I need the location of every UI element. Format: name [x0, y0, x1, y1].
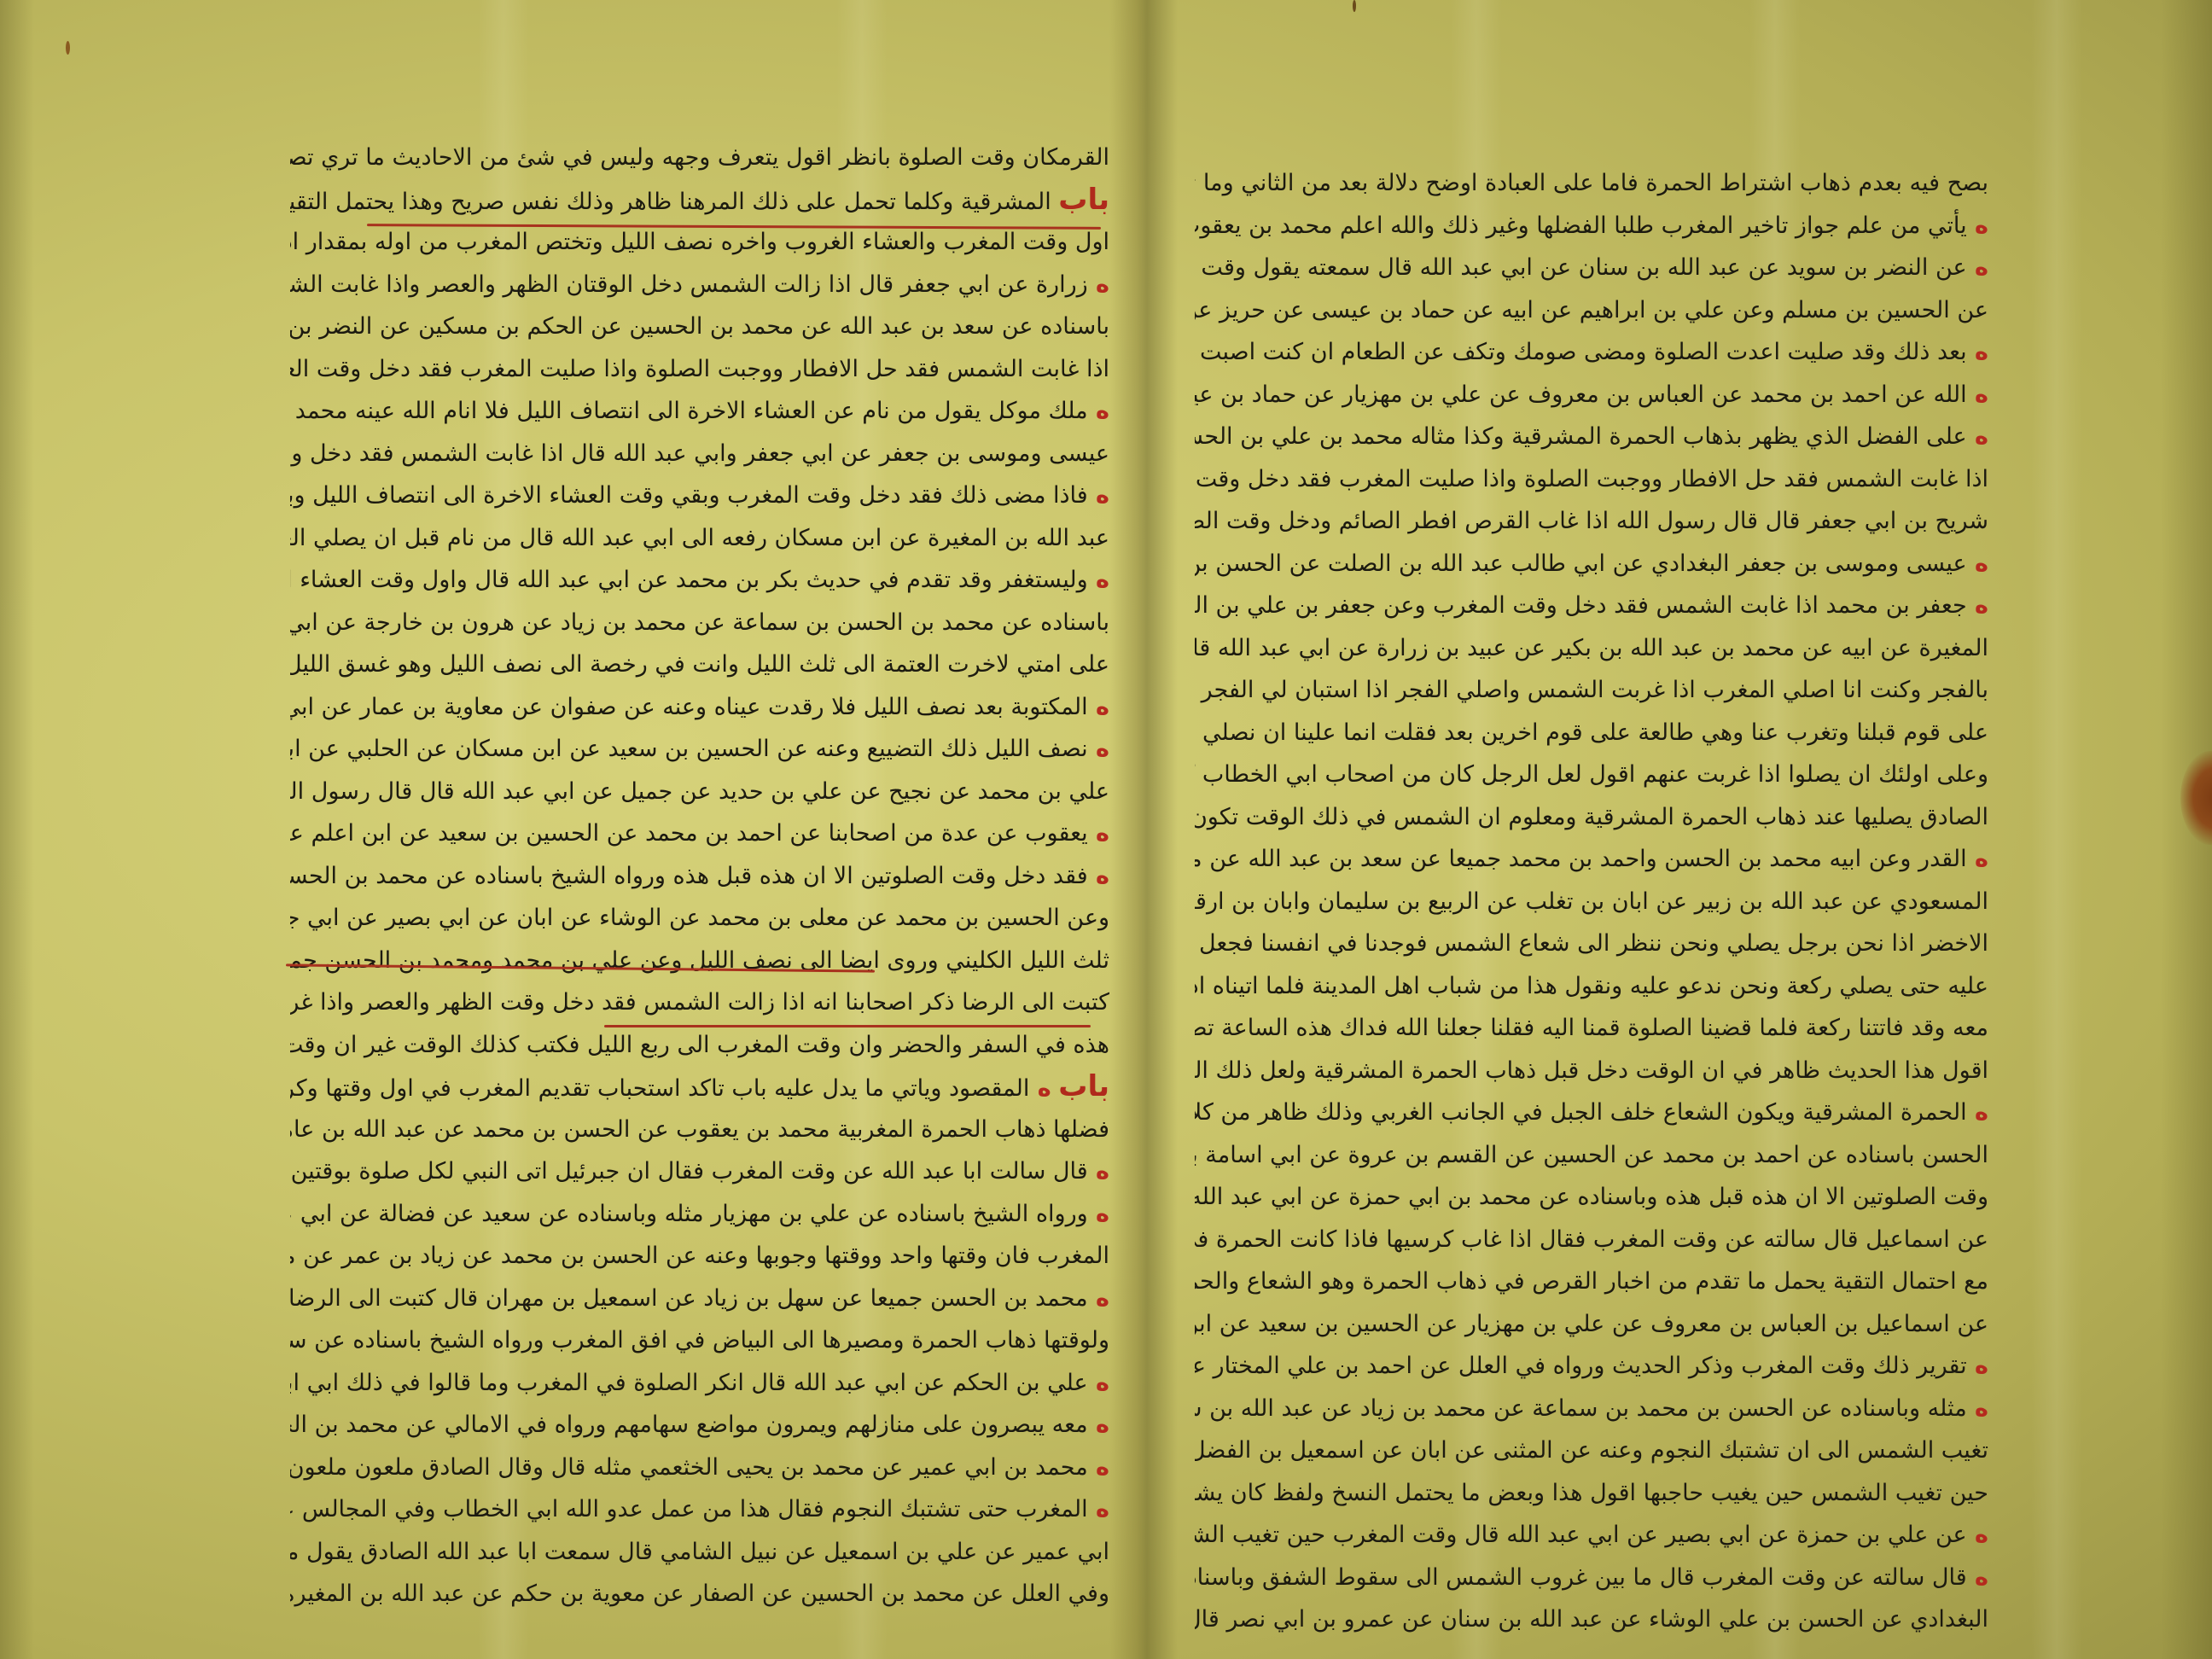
line-text: مع احتمال التقية يحمل ما تقدم من اخبار ا… [1195, 1268, 1988, 1295]
manuscript-line: باسناده عن محمد بن الحسن بن سماعة عن محم… [290, 602, 1109, 644]
line-text: المسعودي عن عبد الله بن زبير عن ابان بن … [1195, 888, 1988, 915]
rubric-mark: ه [1088, 1285, 1109, 1312]
line-text: وفي العلل عن محمد بن الحسين عن الصفار عن… [290, 1580, 1109, 1607]
line-text: القدر وعن ابيه محمد بن الحسن واحمد بن مح… [1195, 846, 1967, 872]
red-rule [604, 1025, 1091, 1027]
rubric-mark: ه [1967, 212, 1988, 239]
manuscript-line: ه قال سالت ابا عبد الله عن وقت المغرب فق… [290, 1150, 1109, 1193]
manuscript-line: ه فاذا مضى ذلك فقد دخل وقت المغرب وبقي و… [290, 474, 1109, 517]
manuscript-line: كتبت الى الرضا ذكر اصحابنا انه اذا زالت … [290, 981, 1109, 1024]
chapter-heading: باب [1058, 1069, 1109, 1103]
rubric-mark: ه [1088, 398, 1109, 424]
manuscript-line: ه عيسى وموسى بن جعفر البغدادي عن ابي طال… [1195, 543, 1988, 585]
line-text: بالفجر وكنت انا اصلي المغرب اذا غربت الش… [1195, 677, 1988, 703]
manuscript-line: ه معه يبصرون على منازلهم ويمرون مواضع سه… [290, 1404, 1109, 1447]
rubric-mark: ه [1088, 567, 1109, 593]
manuscript-line: ه عن علي بن حمزة عن ابي بصير عن ابي عبد … [1195, 1514, 1988, 1557]
manuscript-line: تغيب الشمس الى ان تشتبك النجوم وعنه عن ا… [1195, 1429, 1988, 1472]
line-text: مثله وباسناده عن الحسن بن محمد بن سماعة … [1195, 1395, 1967, 1422]
line-text: تغيب الشمس الى ان تشتبك النجوم وعنه عن ا… [1195, 1437, 1988, 1464]
line-text: الاخضر اذا نحن برجل يصلي ونحن ننظر الى ش… [1195, 930, 1988, 957]
line-text: باسناده عن محمد بن الحسن بن سماعة عن محم… [290, 609, 1109, 636]
book-gutter [1109, 0, 1178, 1659]
manuscript-line: الصادق يصليها عند ذهاب الحمرة المشرقية و… [1195, 796, 1988, 839]
manuscript-line: اذا غابت الشمس فقد حل الافطار ووجبت الصل… [290, 348, 1109, 391]
manuscript-line: ه على الفضل الذي يظهر بذهاب الحمرة المشر… [1195, 416, 1988, 458]
manuscript-line: فضلها ذهاب الحمرة المغربية محمد بن يعقوب… [290, 1109, 1109, 1151]
manuscript-line: ولوقتها ذهاب الحمرة ومصيرها الى البياض ف… [290, 1319, 1109, 1362]
manuscript-line: اقول هذا الحديث ظاهر في ان الوقت دخل قبل… [1195, 1050, 1988, 1092]
line-text: وقت الصلوتين الا ان هذه قبل هذه وباسناده… [1195, 1184, 1988, 1210]
line-text: عن اسماعيل بن العباس بن معروف عن علي بن … [1195, 1311, 1988, 1337]
manuscript-line: مع احتمال التقية يحمل ما تقدم من اخبار ا… [1195, 1260, 1988, 1303]
line-text: هذه في السفر والحضر وان وقت المغرب الى ر… [290, 1032, 1109, 1058]
line-text: المكتوبة بعد نصف الليل فلا رقدت عيناه وع… [290, 694, 1088, 720]
manuscript-line: الحسن باسناده عن احمد بن محمد عن الحسين … [1195, 1134, 1988, 1177]
rubric-mark: ه [1029, 1075, 1051, 1102]
rubric-mark: ه [1088, 863, 1109, 889]
line-text: على قوم قبلنا وتغرب عنا وهي طالعة على قو… [1195, 719, 1988, 746]
manuscript-line: وعلى اولئك ان يصلوا اذا غربت عنهم اقول ل… [1195, 754, 1988, 796]
manuscript-line: ه قال سالته عن وقت المغرب قال ما بين غرو… [1195, 1557, 1988, 1599]
line-text: ملك موكل يقول من نام عن العشاء الاخرة ال… [290, 398, 1088, 424]
line-text: محمد بن الحسن جميعا عن سهل بن زياد عن اس… [290, 1285, 1088, 1312]
line-text: المغيرة عن ابيه عن محمد بن عبد الله بن ب… [1195, 635, 1988, 661]
rubric-mark: ه [1967, 381, 1988, 408]
line-text: على امتي لاخرت العتمة الى ثلث الليل وانت… [290, 651, 1109, 678]
line-text: عبد الله بن المغيرة عن ابن مسكان رفعه ال… [290, 525, 1109, 551]
manuscript-line: ه الحمرة المشرقية ويكون الشعاع خلف الجبل… [1195, 1091, 1988, 1134]
line-text: بصح فيه بعدم ذهاب اشتراط الحمرة فاما على… [1195, 170, 1988, 196]
manuscript-line: على قوم قبلنا وتغرب عنا وهي طالعة على قو… [1195, 712, 1988, 754]
rubric-mark: ه [1088, 1454, 1109, 1481]
line-text: علي بن الحكم عن ابي عبد الله قال انكر ال… [290, 1370, 1088, 1396]
manuscript-line: وعن الحسين بن محمد عن معلى بن محمد عن ال… [290, 897, 1109, 940]
rubric-mark: ه [1967, 846, 1988, 872]
rubric-mark: ه [1967, 1395, 1988, 1422]
manuscript-line: ه وليستغفر وقد تقدم في حديث بكر بن محمد … [290, 559, 1109, 602]
manuscript-line: على امتي لاخرت العتمة الى ثلث الليل وانت… [290, 643, 1109, 686]
manuscript-line: شريح بن ابي جعفر قال قال رسول الله اذا غ… [1195, 500, 1988, 543]
left-page-text: القرمكان وقت الصلوة بانظر اقول يتعرف وجه… [290, 137, 1109, 1615]
manuscript-line: المغيرة عن ابيه عن محمد بن عبد الله بن ب… [1195, 627, 1988, 670]
line-text: عن النضر بن سويد عن عبد الله بن سنان عن … [1195, 254, 1967, 281]
manuscript-line: ثلث الليل الكليني وروى ايضا الى نصف اللي… [290, 940, 1109, 982]
manuscript-line: ه يأتي من علم جواز تاخير المغرب طلبا الف… [1195, 205, 1988, 247]
line-text: معه وقد فاتتنا ركعة فلما قضينا الصلوة قم… [1195, 1015, 1988, 1041]
line-text: باسناده عن سعد بن عبد الله عن محمد بن ال… [290, 313, 1109, 340]
manuscript-line: عن اسماعيل قال سالته عن وقت المغرب فقال … [1195, 1219, 1988, 1261]
right-page-text: بصح فيه بعدم ذهاب اشتراط الحمرة فاما على… [1195, 162, 1988, 1641]
rubric-mark: ه [1967, 339, 1988, 365]
rubric-mark: ه [1088, 482, 1109, 509]
rubric-mark: ه [1088, 1201, 1109, 1227]
manuscript-line: هذه في السفر والحضر وان وقت المغرب الى ر… [290, 1024, 1109, 1067]
manuscript-line: باسناده عن سعد بن عبد الله عن محمد بن ال… [290, 306, 1109, 348]
line-text: عيسى وموسى بن جعفر عن ابي جعفر وابي عبد … [290, 440, 1109, 467]
line-text: جعفر بن محمد اذا غابت الشمس فقد دخل وقت … [1195, 592, 1967, 619]
line-text: قال سالت ابا عبد الله عن وقت المغرب فقال… [290, 1158, 1088, 1185]
line-text: الحمرة المشرقية ويكون الشعاع خلف الجبل ف… [1195, 1099, 1967, 1126]
rubric-mark: ه [1088, 1412, 1109, 1438]
rubric-mark: ه [1088, 1158, 1109, 1185]
rubric-mark: ه [1088, 1370, 1109, 1396]
manuscript-line: ه زرارة عن ابي جعفر قال اذا زالت الشمس د… [290, 264, 1109, 306]
manuscript-line: ه ملك موكل يقول من نام عن العشاء الاخرة … [290, 390, 1109, 433]
line-text: عن الحسين بن مسلم وعن علي بن ابراهيم عن … [1195, 297, 1988, 323]
line-text: الحسن باسناده عن احمد بن محمد عن الحسين … [1195, 1142, 1988, 1168]
line-text: زرارة عن ابي جعفر قال اذا زالت الشمس دخل… [290, 271, 1088, 298]
line-text: عن علي بن حمزة عن ابي بصير عن ابي عبد ال… [1195, 1522, 1967, 1548]
line-text: عيسى وموسى بن جعفر البغدادي عن ابي طالب … [1195, 550, 1967, 577]
line-text: عليه حتى يصلي ركعة ونحن ندعو عليه ونقول … [1195, 973, 1988, 999]
rubric-mark: ه [1967, 592, 1988, 619]
line-text: المغرب فان وقتها واحد ووقتها وجوبها وعنه… [290, 1243, 1109, 1269]
manuscript-line: اذا غابت الشمس فقد حل الافطار ووجبت الصل… [1195, 458, 1988, 501]
manuscript-line: عن اسماعيل بن العباس بن معروف عن علي بن … [1195, 1303, 1988, 1346]
manuscript-line: عن الحسين بن مسلم وعن علي بن ابراهيم عن … [1195, 289, 1988, 332]
line-text: المغرب حتى تشتبك النجوم فقال هذا من عمل … [290, 1496, 1088, 1522]
manuscript-line: ه محمد بن الحسن جميعا عن سهل بن زياد عن … [290, 1278, 1109, 1320]
manuscript-line: باب ه المقصود وياتي ما يدل عليه باب تاكد… [290, 1066, 1109, 1109]
rubric-mark: ه [1088, 694, 1109, 720]
line-text: المشرقية وكلما تحمل على ذلك المرهنا ظاهر… [290, 189, 1051, 215]
rubric-mark: ه [1967, 254, 1988, 281]
line-text: الله عن احمد بن محمد عن العباس بن معروف … [1195, 381, 1967, 408]
ink-speck [1353, 0, 1356, 12]
manuscript-line: علي بن محمد عن نجيح عن علي بن حديد عن جم… [290, 771, 1109, 813]
line-text: فضلها ذهاب الحمرة المغربية محمد بن يعقوب… [290, 1116, 1109, 1143]
line-text: البغدادي عن الحسن بن علي الوشاء عن عبد ا… [1195, 1606, 1988, 1633]
manuscript-line: ه المغرب حتى تشتبك النجوم فقال هذا من عم… [290, 1488, 1109, 1531]
manuscript-line: بالفجر وكنت انا اصلي المغرب اذا غربت الش… [1195, 669, 1988, 712]
manuscript-line: ه محمد بن ابي عمير عن محمد بن يحيى الخثع… [290, 1447, 1109, 1489]
line-text: تقرير ذلك وقت المغرب وذكر الحديث ورواه ف… [1195, 1353, 1967, 1379]
manuscript-line: المسعودي عن عبد الله بن زبير عن ابان بن … [1195, 881, 1988, 923]
line-text: وعن الحسين بن محمد عن معلى بن محمد عن ال… [290, 905, 1109, 931]
manuscript-line: بصح فيه بعدم ذهاب اشتراط الحمرة فاما على… [1195, 162, 1988, 205]
manuscript-line: ه تقرير ذلك وقت المغرب وذكر الحديث ورواه… [1195, 1345, 1988, 1388]
line-text: معه يبصرون على منازلهم ويمرون مواضع سهام… [290, 1412, 1088, 1438]
manuscript-line: البغدادي عن الحسن بن علي الوشاء عن عبد ا… [1195, 1598, 1988, 1641]
rubric-mark: ه [1967, 423, 1988, 450]
manuscript-line: ه مثله وباسناده عن الحسن بن محمد بن سماع… [1195, 1388, 1988, 1430]
manuscript-line: ه جعفر بن محمد اذا غابت الشمس فقد دخل وق… [1195, 585, 1988, 627]
manuscript-line: القرمكان وقت الصلوة بانظر اقول يتعرف وجه… [290, 137, 1109, 179]
manuscript-line: ه القدر وعن ابيه محمد بن الحسن واحمد بن … [1195, 838, 1988, 881]
left-page-edge-shadow [0, 0, 34, 1659]
manuscript-line: ه عن النضر بن سويد عن عبد الله بن سنان ع… [1195, 247, 1988, 289]
line-text: ولوقتها ذهاب الحمرة ومصيرها الى البياض ف… [290, 1327, 1109, 1353]
line-text: المقصود وياتي ما يدل عليه باب تاكد استحب… [290, 1075, 1029, 1102]
line-text: يعقوب عن عدة من اصحابنا عن احمد بن محمد … [290, 820, 1088, 847]
line-text: حين تغيب الشمس حين يغيب حاجبها اقول هذا … [1195, 1480, 1988, 1506]
line-text: وعلى اولئك ان يصلوا اذا غربت عنهم اقول ل… [1195, 761, 1988, 788]
line-text: وليستغفر وقد تقدم في حديث بكر بن محمد عن… [290, 567, 1088, 593]
line-text: فقد دخل وقت الصلوتين الا ان هذه قبل هذه … [290, 863, 1088, 889]
manuscript-line: معه وقد فاتتنا ركعة فلما قضينا الصلوة قم… [1195, 1007, 1988, 1050]
manuscript-line: الاخضر اذا نحن برجل يصلي ونحن ننظر الى ش… [1195, 923, 1988, 965]
line-text: ورواه الشيخ باسناده عن علي بن مهزيار مثل… [290, 1201, 1088, 1227]
manuscript-line: ه الله عن احمد بن محمد عن العباس بن معرو… [1195, 374, 1988, 416]
rubric-mark: ه [1088, 820, 1109, 847]
line-text: الصادق يصليها عند ذهاب الحمرة المشرقية و… [1195, 804, 1988, 830]
line-text: شريح بن ابي جعفر قال قال رسول الله اذا غ… [1195, 508, 1988, 534]
line-text: اقول هذا الحديث ظاهر في ان الوقت دخل قبل… [1195, 1057, 1988, 1084]
rubric-mark: ه [1967, 1099, 1988, 1126]
rubric-mark: ه [1967, 1353, 1988, 1379]
manuscript-line: ه علي بن الحكم عن ابي عبد الله قال انكر … [290, 1362, 1109, 1405]
manuscript-line: ه يعقوب عن عدة من اصحابنا عن احمد بن محم… [290, 812, 1109, 855]
line-text: على الفضل الذي يظهر بذهاب الحمرة المشرقي… [1195, 423, 1967, 450]
ink-speck [66, 41, 70, 55]
parchment-vein [2031, 0, 2082, 1659]
line-text: القرمكان وقت الصلوة بانظر اقول يتعرف وجه… [290, 144, 1109, 171]
manuscript-line: حين تغيب الشمس حين يغيب حاجبها اقول هذا … [1195, 1472, 1988, 1515]
line-text: محمد بن ابي عمير عن محمد بن يحيى الخثعمي… [290, 1454, 1088, 1481]
line-text: اول وقت المغرب والعشاء الغروب واخره نصف … [290, 229, 1109, 255]
manuscript-line: ه فقد دخل وقت الصلوتين الا ان هذه قبل هذ… [290, 855, 1109, 898]
line-text: ابي عمير عن علي بن اسمعيل عن نبيل الشامي… [290, 1539, 1109, 1565]
manuscript-line: ابي عمير عن علي بن اسمعيل عن نبيل الشامي… [290, 1531, 1109, 1574]
line-text: اذا غابت الشمس فقد حل الافطار ووجبت الصل… [290, 356, 1109, 382]
rubric-mark: ه [1088, 271, 1109, 298]
manuscript-line: ه بعد ذلك وقد صليت اعدت الصلوة ومضى صومك… [1195, 331, 1988, 374]
line-text: علي بن محمد عن نجيح عن علي بن حديد عن جم… [290, 778, 1109, 805]
manuscript-line: وفي العلل عن محمد بن الحسين عن الصفار عن… [290, 1573, 1109, 1615]
manuscript-line: ه ورواه الشيخ باسناده عن علي بن مهزيار م… [290, 1193, 1109, 1236]
line-text: كتبت الى الرضا ذكر اصحابنا انه اذا زالت … [290, 989, 1109, 1016]
rubric-mark: ه [1967, 1564, 1988, 1591]
line-text: نصف الليل ذلك التضييع وعنه عن الحسين بن … [290, 736, 1088, 762]
line-text: بعد ذلك وقد صليت اعدت الصلوة ومضى صومك و… [1195, 339, 1967, 365]
manuscript-line: ه المكتوبة بعد نصف الليل فلا رقدت عيناه … [290, 686, 1109, 729]
line-text: عن اسماعيل قال سالته عن وقت المغرب فقال … [1195, 1226, 1988, 1253]
line-text: فاذا مضى ذلك فقد دخل وقت المغرب وبقي وقت… [290, 482, 1088, 509]
rubric-mark: ه [1967, 550, 1988, 577]
manuscript-line: عبد الله بن المغيرة عن ابن مسكان رفعه ال… [290, 517, 1109, 560]
line-text: قال سالته عن وقت المغرب قال ما بين غروب … [1195, 1564, 1967, 1591]
manuscript-line: وقت الصلوتين الا ان هذه قبل هذه وباسناده… [1195, 1176, 1988, 1219]
manuscript-line: ه نصف الليل ذلك التضييع وعنه عن الحسين ب… [290, 728, 1109, 771]
manuscript-line: المغرب فان وقتها واحد ووقتها وجوبها وعنه… [290, 1235, 1109, 1278]
chapter-heading: باب [1058, 183, 1109, 217]
manuscript-line: عليه حتى يصلي ركعة ونحن ندعو عليه ونقول … [1195, 965, 1988, 1008]
rubric-mark: ه [1088, 736, 1109, 762]
line-text: يأتي من علم جواز تاخير المغرب طلبا الفضل… [1195, 212, 1967, 239]
rubric-mark: ه [1088, 1496, 1109, 1522]
manuscript-line: عيسى وموسى بن جعفر عن ابي جعفر وابي عبد … [290, 433, 1109, 475]
manuscript-line: باب المشرقية وكلما تحمل على ذلك المرهنا … [290, 179, 1109, 222]
rubric-mark: ه [1967, 1522, 1988, 1548]
line-text: اذا غابت الشمس فقد حل الافطار ووجبت الصل… [1195, 466, 1988, 492]
